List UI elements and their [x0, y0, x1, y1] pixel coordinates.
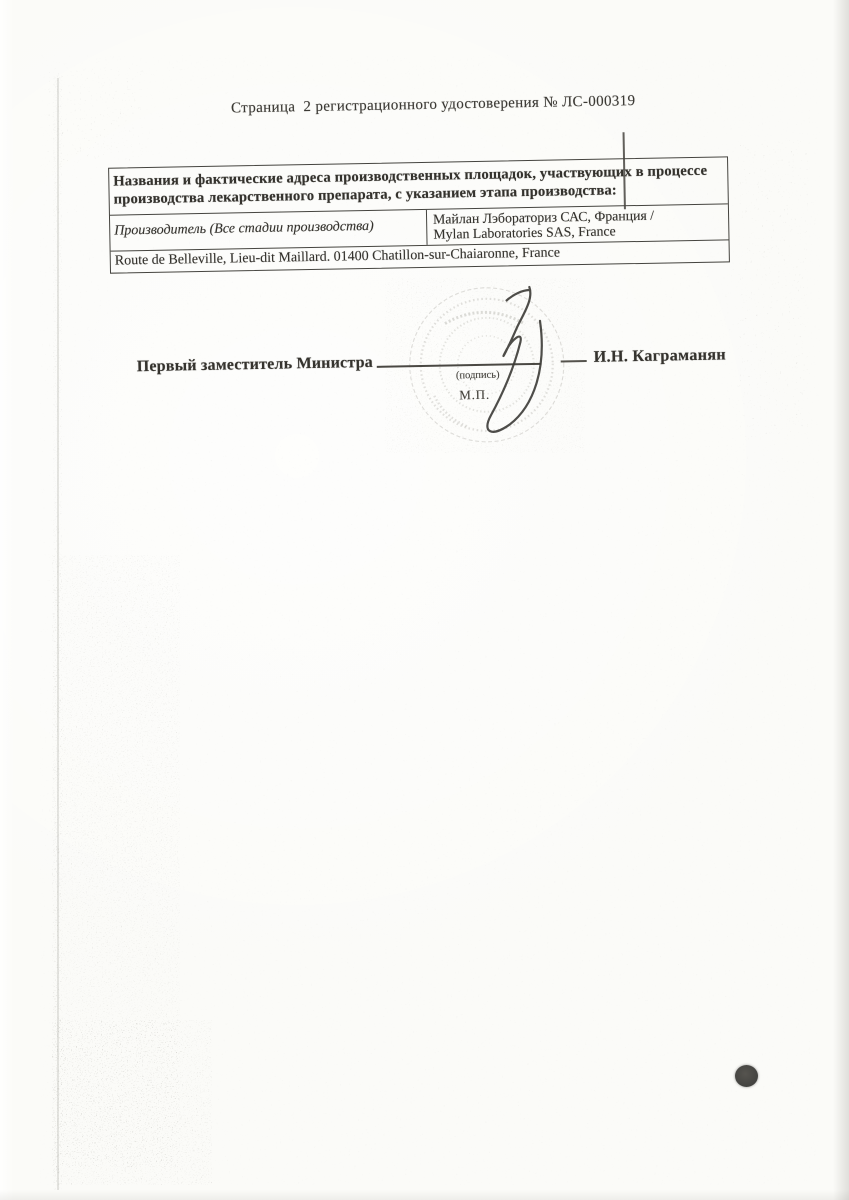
signature-stroke [442, 272, 575, 449]
producer-name-en: Mylan Laboratories SAS, France [433, 223, 654, 243]
page-title: Страница 2 регистрационного удостоверени… [231, 93, 636, 117]
production-sites-table: Названия и фактические адреса производст… [108, 156, 730, 273]
scanned-certificate-page: { "page": { "title_line": "Страница 2 ре… [0, 0, 849, 1200]
producer-role-cell: Производитель (Все стадии производства) [110, 210, 428, 251]
signatory-name: И.Н. Каграманян [593, 345, 726, 366]
hole-punch-mark [735, 1065, 758, 1087]
document-content: Страница 2 регистрационного удостоверени… [0, 0, 849, 1200]
producer-name-cell: Майлан Лэбораториз САС, Франция / Mylan … [427, 205, 661, 244]
signatory-post: Первый заместитель Министра [137, 354, 374, 376]
